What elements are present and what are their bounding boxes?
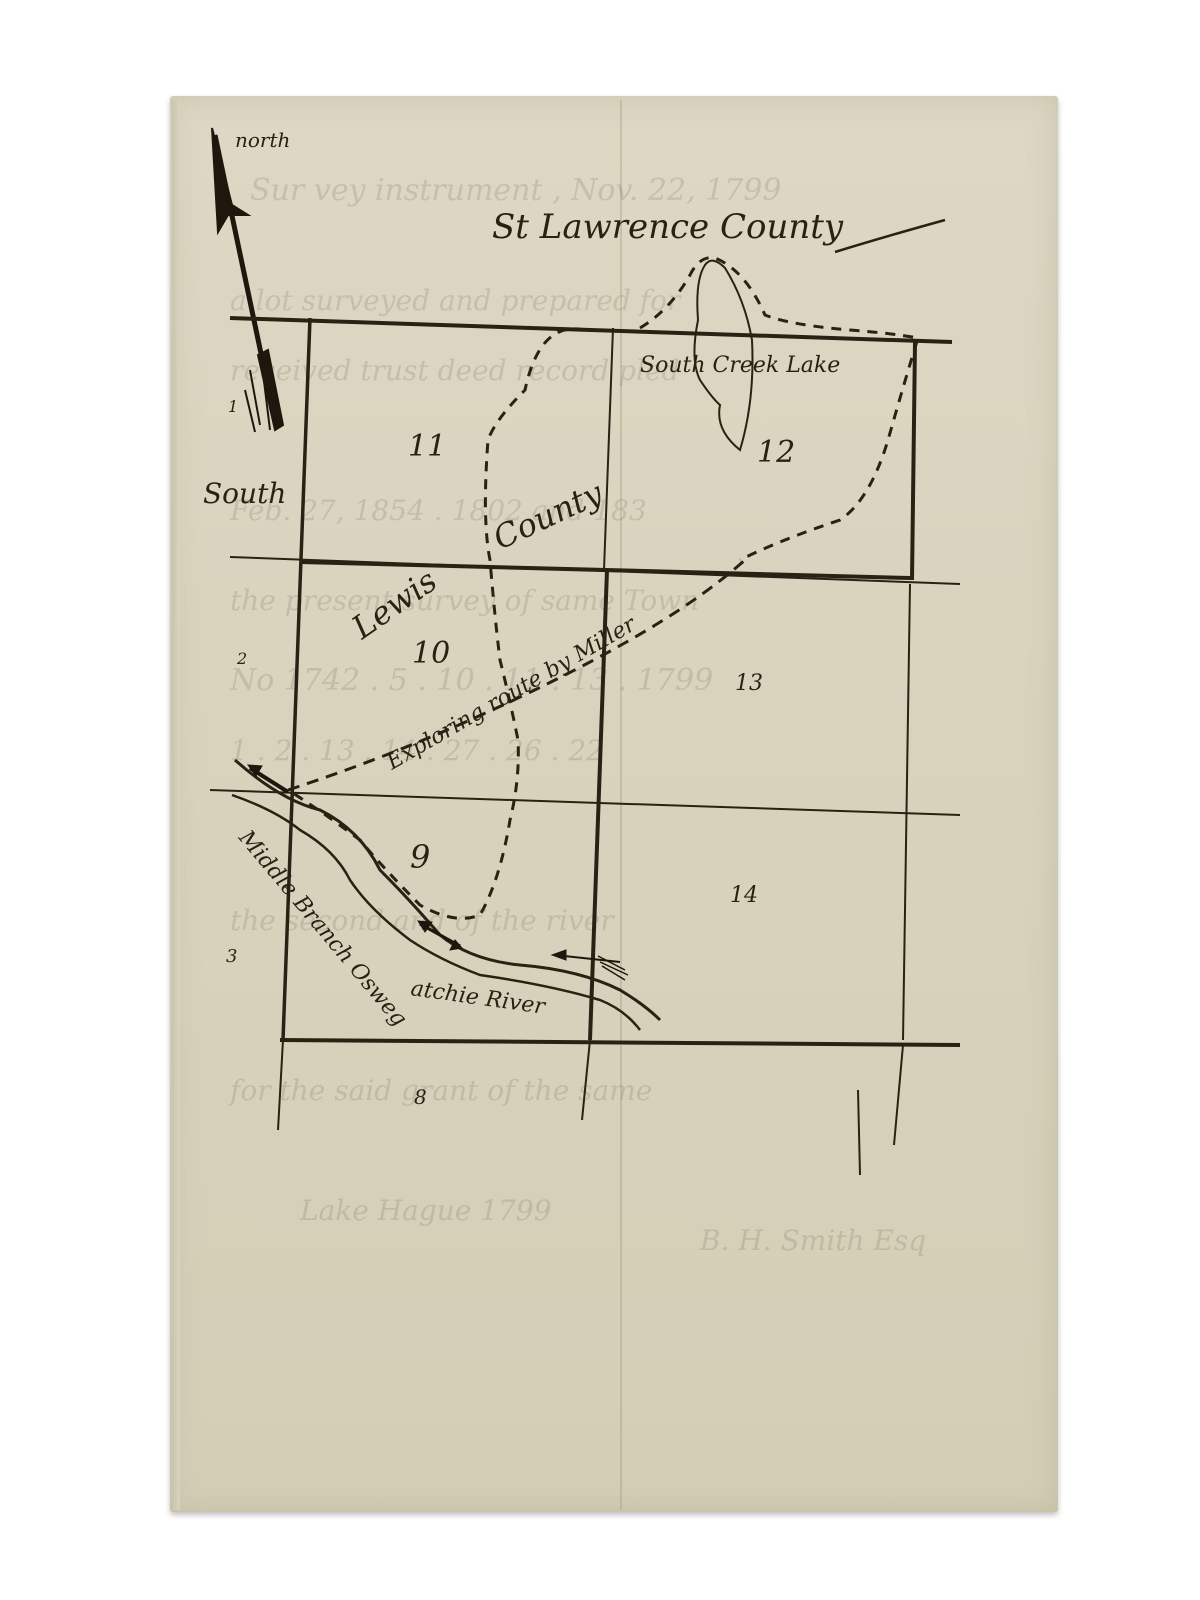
svg-text:No 1742 . 5 . 10 . 11 . 13 . 1: No 1742 . 5 . 10 . 11 . 13 . 1799 <box>229 663 713 698</box>
margin-number-3: 3 <box>226 946 237 967</box>
survey-map: Sur vey instrument , Nov. 22, 1799 a lot… <box>0 0 1200 1600</box>
county-label: County <box>487 473 609 557</box>
lot-number-14: 14 <box>730 883 758 908</box>
svg-text:for the said grant of the same: for the said grant of the same <box>228 1074 652 1107</box>
svg-text:B. H. Smith Esq: B. H. Smith Esq <box>699 1224 926 1257</box>
lot-number-11: 11 <box>408 429 446 464</box>
county-boundary-dashed <box>288 329 585 919</box>
margin-number-1: 1 <box>228 397 238 416</box>
svg-text:Lake Hague 1799: Lake Hague 1799 <box>299 1194 552 1227</box>
south-label: South <box>203 477 286 510</box>
bleed-through-text: Sur vey instrument , Nov. 22, 1799 a lot… <box>228 173 926 1257</box>
st-lawrence-county-label: St Lawrence County <box>492 207 844 247</box>
lot-number-9: 9 <box>410 838 430 876</box>
lot-number-10: 10 <box>412 636 450 671</box>
lake-label: South Creek Lake <box>640 353 840 378</box>
title-flourish <box>835 220 945 252</box>
svg-text:Sur vey instrument , Nov. 22,: Sur vey instrument , Nov. 22, 1799 <box>250 173 782 208</box>
north-label: north <box>235 128 290 152</box>
county-boundary-dashed-north <box>640 258 918 560</box>
margin-number-2: 2 <box>236 649 247 668</box>
margin-number-8: 8 <box>414 1085 427 1109</box>
svg-text:a lot surveyed and prepared fo: a lot surveyed and prepared for <box>230 284 682 317</box>
lot-number-13: 13 <box>735 671 763 696</box>
lot-number-12: 12 <box>757 435 795 470</box>
